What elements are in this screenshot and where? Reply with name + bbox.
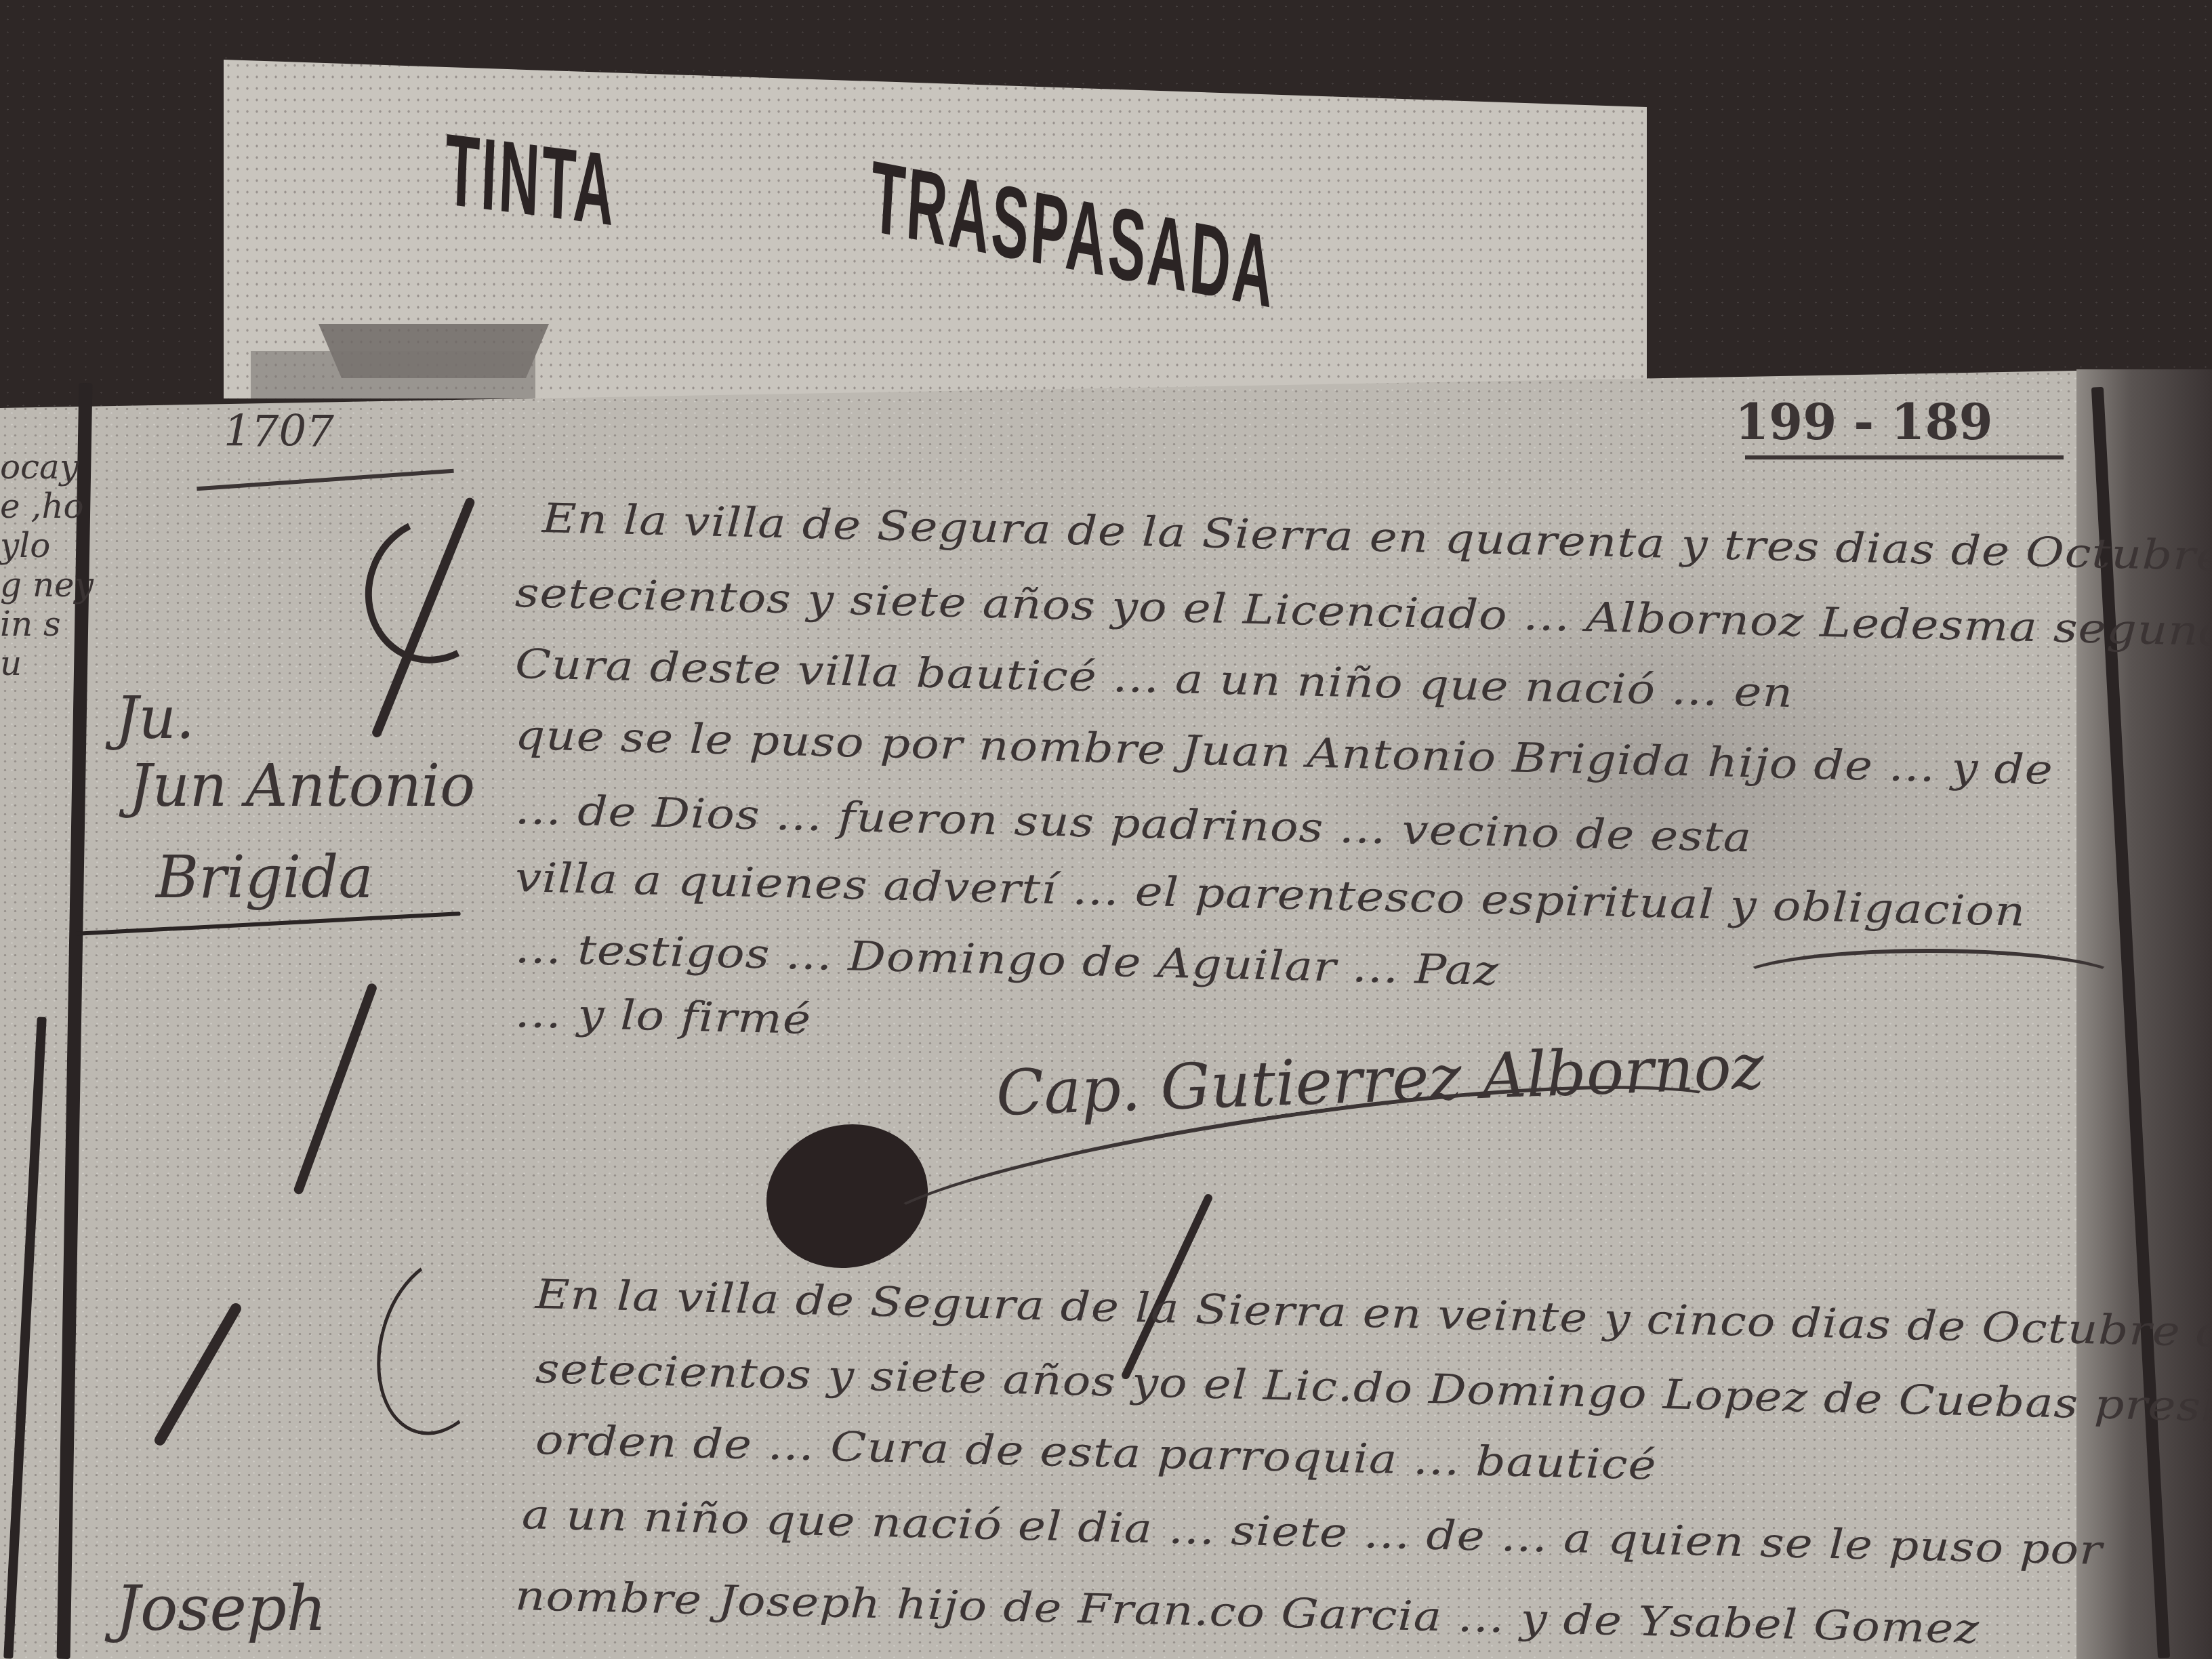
line-flourish <box>1735 949 2123 1011</box>
folio-underline <box>1745 455 2064 459</box>
label-card: TINTA TRASPASADA <box>224 60 1647 398</box>
folio-number: 199 - 189 <box>1735 393 1993 451</box>
label-word-tinta: TINTA <box>443 110 618 249</box>
margin-name-line: Jun Antonio <box>129 752 475 820</box>
margin-name-joseph: Joseph <box>115 1572 327 1645</box>
adjacent-page-text: ocaye ,hoylog neyin su <box>0 447 94 683</box>
label-shadow <box>251 351 535 398</box>
record-year: 1707 <box>224 407 334 457</box>
record-text-line: ... y lo firmé <box>514 989 812 1044</box>
margin-name-line: Ju. <box>115 684 194 752</box>
margin-name-line: Brigida <box>156 844 373 912</box>
